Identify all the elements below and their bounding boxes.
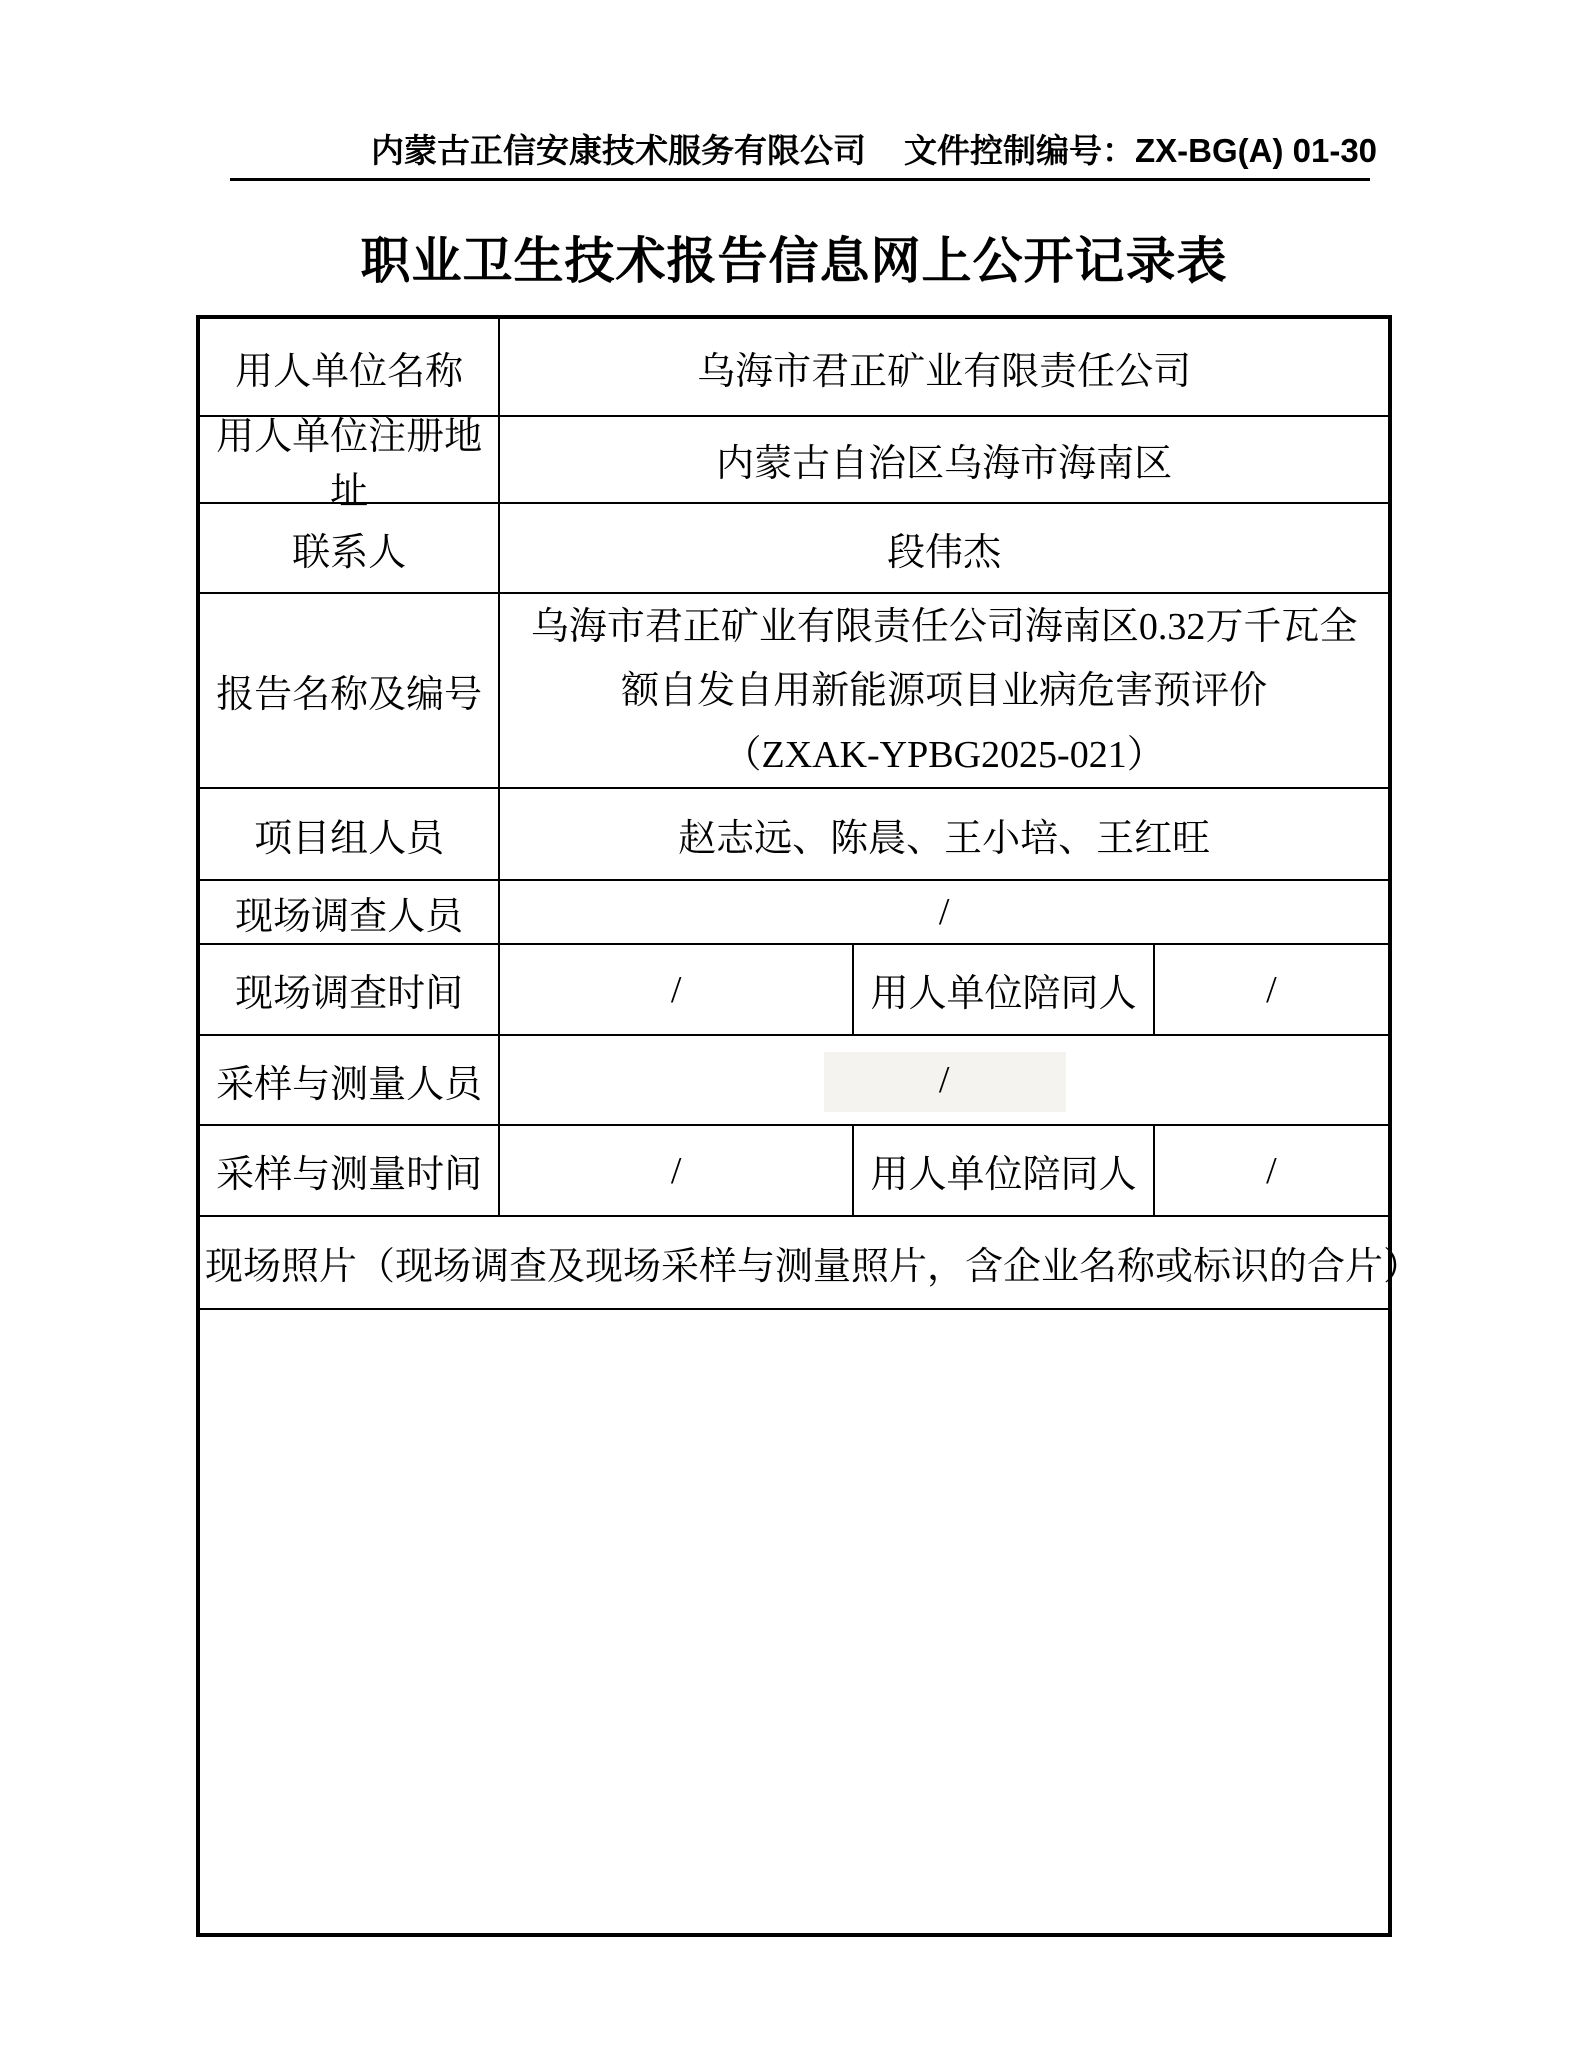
report-name-line2: 额自发自用新能源项目业病危害预评价 (621, 659, 1267, 723)
row-sampling-staff: 采样与测量人员 / (200, 1036, 1388, 1126)
document-header: 内蒙古正信安康技术服务有限公司文件控制编号：ZX-BG(A) 01-30 (371, 130, 1377, 172)
survey-companion-value: / (1153, 945, 1388, 1034)
survey-companion-label: 用人单位陪同人 (852, 945, 1153, 1034)
report-name-line1: 乌海市君正矿业有限责任公司海南区0.32万千瓦全 (531, 595, 1358, 659)
document-page: 内蒙古正信安康技术服务有限公司文件控制编号：ZX-BG(A) 01-30 职业卫… (0, 0, 1587, 2067)
sampling-staff-value: / (939, 1058, 950, 1102)
header-underline (230, 178, 1370, 181)
sampling-staff-label: 采样与测量人员 (200, 1036, 498, 1124)
row-project-team: 项目组人员 赵志远、陈晨、王小培、王红旺 (200, 789, 1388, 881)
sampling-time-value: / (498, 1126, 852, 1215)
row-sampling-time: 采样与测量时间 / 用人单位陪同人 / (200, 1126, 1388, 1217)
report-name-value: 乌海市君正矿业有限责任公司海南区0.32万千瓦全 额自发自用新能源项目业病危害预… (498, 594, 1388, 787)
site-survey-staff-label: 现场调查人员 (200, 881, 498, 943)
sampling-companion-value: / (1153, 1126, 1388, 1215)
site-survey-time-value: / (498, 945, 852, 1034)
record-table: 用人单位名称 乌海市君正矿业有限责任公司 用人单位注册地址 内蒙古自治区乌海市海… (196, 315, 1392, 1937)
row-employer-address: 用人单位注册地址 内蒙古自治区乌海市海南区 (200, 417, 1388, 504)
site-survey-staff-value: / (498, 881, 1388, 943)
photo-caption: 现场照片（现场调查及现场采样与测量照片，含企业名称或标识的合片） (200, 1217, 1388, 1308)
sampling-staff-value-cell: / (498, 1036, 1388, 1124)
contact-person-value: 段伟杰 (498, 504, 1388, 592)
row-site-survey-staff: 现场调查人员 / (200, 881, 1388, 945)
report-number-line: （ZXAK-YPBG2025-021） (723, 723, 1164, 787)
project-team-value: 赵志远、陈晨、王小培、王红旺 (498, 789, 1388, 879)
row-report-name-number: 报告名称及编号 乌海市君正矿业有限责任公司海南区0.32万千瓦全 额自发自用新能… (200, 594, 1388, 789)
doc-control-number: ZX-BG(A) 01-30 (1135, 132, 1377, 169)
project-team-label: 项目组人员 (200, 789, 498, 879)
photo-area (200, 1310, 1388, 1933)
row-photo-caption: 现场照片（现场调查及现场采样与测量照片，含企业名称或标识的合片） (200, 1217, 1388, 1310)
employer-name-value: 乌海市君正矿业有限责任公司 (498, 319, 1388, 415)
employer-name-label: 用人单位名称 (200, 319, 498, 415)
row-employer-name: 用人单位名称 乌海市君正矿业有限责任公司 (200, 319, 1388, 417)
company-name: 内蒙古正信安康技术服务有限公司 (371, 132, 866, 169)
sampling-companion-label: 用人单位陪同人 (852, 1126, 1153, 1215)
doc-control-label: 文件控制编号： (904, 132, 1135, 169)
report-name-label: 报告名称及编号 (200, 594, 498, 787)
employer-address-value: 内蒙古自治区乌海市海南区 (498, 417, 1388, 502)
employer-address-label: 用人单位注册地址 (200, 417, 498, 502)
row-contact-person: 联系人 段伟杰 (200, 504, 1388, 594)
site-survey-time-label: 现场调查时间 (200, 945, 498, 1034)
contact-person-label: 联系人 (200, 504, 498, 592)
row-site-survey-time: 现场调查时间 / 用人单位陪同人 / (200, 945, 1388, 1036)
photo-area-empty-cell (200, 1310, 1388, 1933)
sampling-time-label: 采样与测量时间 (200, 1126, 498, 1215)
page-title: 职业卫生技术报告信息网上公开记录表 (196, 230, 1392, 292)
